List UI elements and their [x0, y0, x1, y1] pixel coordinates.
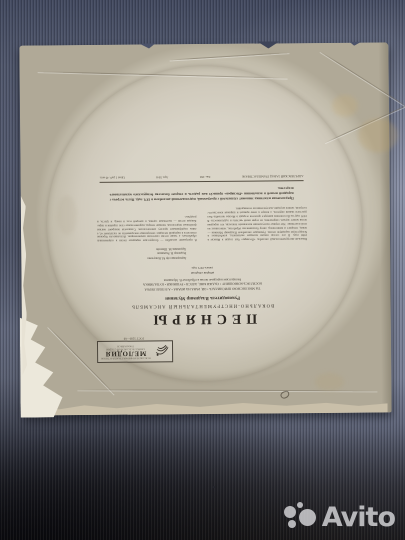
track-list: ТЫ МНЕ ВЕСНОЮ ПРИСНИЛАСЬ • ОЙ, РАНА НА И…	[94, 276, 310, 292]
avito-circle	[299, 509, 316, 526]
avito-watermark: Avito	[284, 502, 395, 532]
liner-notes-left-column: Вокально-инструментальный ансамбль «Песн…	[207, 205, 307, 241]
article-number: Арт. 56-8	[156, 175, 168, 179]
melodiya-firm-bottom: ЗАПИСЬ ВСЕСОЮЗНОЙ СТУДИИ ГРАМЗАПИСИ	[98, 345, 153, 350]
sleeve-printed-content: ВСЕСОЮЗНАЯ ФИРМА ГРАМПЛАСТИНОК МЕЛОДИЯ З…	[93, 95, 311, 363]
torn-corner	[20, 317, 81, 418]
production-credits: Звукорежиссёр М. Кожухова Редактор В. Ры…	[124, 247, 186, 261]
torn-edge-nick	[349, 42, 361, 46]
paper-stain	[332, 95, 358, 117]
avito-brand-text: Avito	[322, 504, 395, 531]
melodiya-firebird-icon	[154, 343, 170, 359]
torn-edge-nick	[139, 43, 155, 48]
dust-speck	[212, 486, 215, 488]
price: Цена 1 руб. 45 коп.	[100, 176, 125, 180]
avito-circle	[288, 520, 296, 528]
melodiya-text-block: ВСЕСОЮЗНАЯ ФИРМА ГРАМПЛАСТИНОК МЕЛОДИЯ З…	[98, 345, 153, 359]
closing-paragraph: Предлагаемая пластинка знакомит слушател…	[110, 186, 294, 202]
avito-circles-icon	[284, 502, 317, 532]
imprint-footer: АПРЕЛЕВСКИЙ ЗАВОД ГРАМПЛАСТИНОК Зак. 365…	[100, 174, 304, 182]
avito-circle	[297, 502, 303, 508]
melodiya-name: МЕЛОДИЯ	[98, 349, 153, 356]
credit-line: Звукорежиссёр М. Кожухова	[124, 256, 186, 261]
album-title: ПЕСНЯРЫ	[95, 309, 311, 327]
paper-scuff-mark	[280, 390, 291, 400]
melodiya-logo-box: ВСЕСОЮЗНАЯ ФИРМА ГРАМПЛАСТИНОК МЕЛОДИЯ З…	[97, 340, 173, 363]
credit-line: Художник М. Шмелёв	[124, 247, 186, 252]
liner-notes: Вокально-инструментальный ансамбль «Песн…	[94, 205, 310, 242]
side-label: вторая сторона	[94, 270, 310, 276]
pressing-plant: АПРЕЛЕВСКИЙ ЗАВОД ГРАМПЛАСТИНОК	[242, 174, 304, 179]
paper-stain	[57, 195, 77, 235]
crease-line	[170, 52, 290, 60]
label-logo-row: ВСЕСОЮЗНАЯ ФИРМА ГРАМПЛАСТИНОК МЕЛОДИЯ З…	[95, 329, 311, 363]
leader-credit: Руководитель Владимир Мулявин	[95, 294, 311, 301]
marketplace-photo: ВСЕСОЮЗНАЯ ФИРМА ГРАМПЛАСТИНОК МЕЛОДИЯ З…	[0, 0, 405, 540]
torn-edge-nick	[257, 41, 279, 48]
gost-standard-number: ГОСТ 5289—68	[101, 336, 167, 341]
liner-notes-right-column: В программе ансамбля — белорусские народ…	[97, 206, 197, 242]
paper-stain	[358, 118, 398, 152]
order-number: Зак. 365	[200, 175, 211, 179]
record-sleeve-back: ВСЕСОЮЗНАЯ ФИРМА ГРАМПЛАСТИНОК МЕЛОДИЯ З…	[19, 42, 391, 415]
sleeve-right-shadow	[378, 42, 391, 412]
paper-stain	[314, 373, 344, 391]
ensemble-subtitle: ВОКАЛЬНО-ИНСТРУМЕНТАЛЬНЫЙ АНСАМБЛЬ	[95, 302, 311, 309]
avito-circle	[284, 506, 296, 518]
worn-bottom-edge	[27, 399, 388, 415]
